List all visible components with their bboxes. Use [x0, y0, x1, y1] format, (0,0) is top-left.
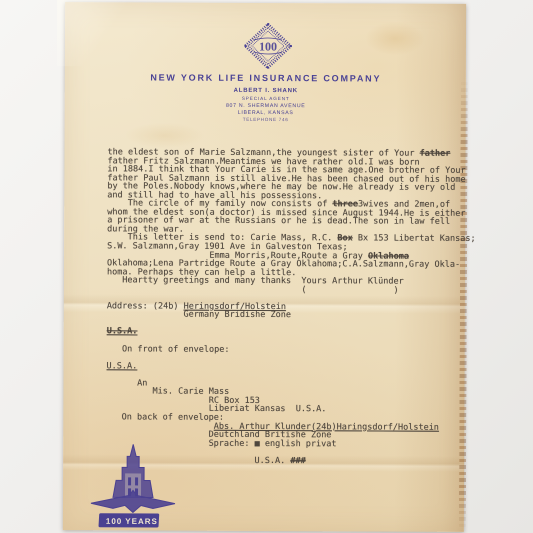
paper-stain	[365, 21, 425, 55]
agent-name: ALBERT I. SHANK	[70, 87, 462, 95]
company-name: NEW YORK LIFE INSURANCE COMPANY	[70, 72, 462, 84]
banner-label: 100 YEARS	[106, 517, 158, 526]
agent-title: SPECIAL AGENT	[70, 95, 462, 102]
nyl-diamond-emblem-icon: 100	[244, 23, 292, 69]
letter-scan-paper: 100 NEW YORK LIFE INSURANCE COMPANY ALBE…	[63, 2, 466, 532]
agent-telephone: TELEPHONE 746	[70, 116, 462, 123]
paper-crease	[57, 0, 147, 66]
emblem-100-text: 100	[259, 39, 277, 53]
letter-body: the eldest son of Marie Salzmann,the you…	[106, 148, 463, 466]
hundred-years-building-eagle-icon: 100 YEARS	[83, 443, 183, 531]
paper-stain	[125, 122, 205, 148]
letter-line: Germany Bridishe Zone	[107, 311, 463, 321]
letter-line: ( )	[107, 285, 463, 295]
